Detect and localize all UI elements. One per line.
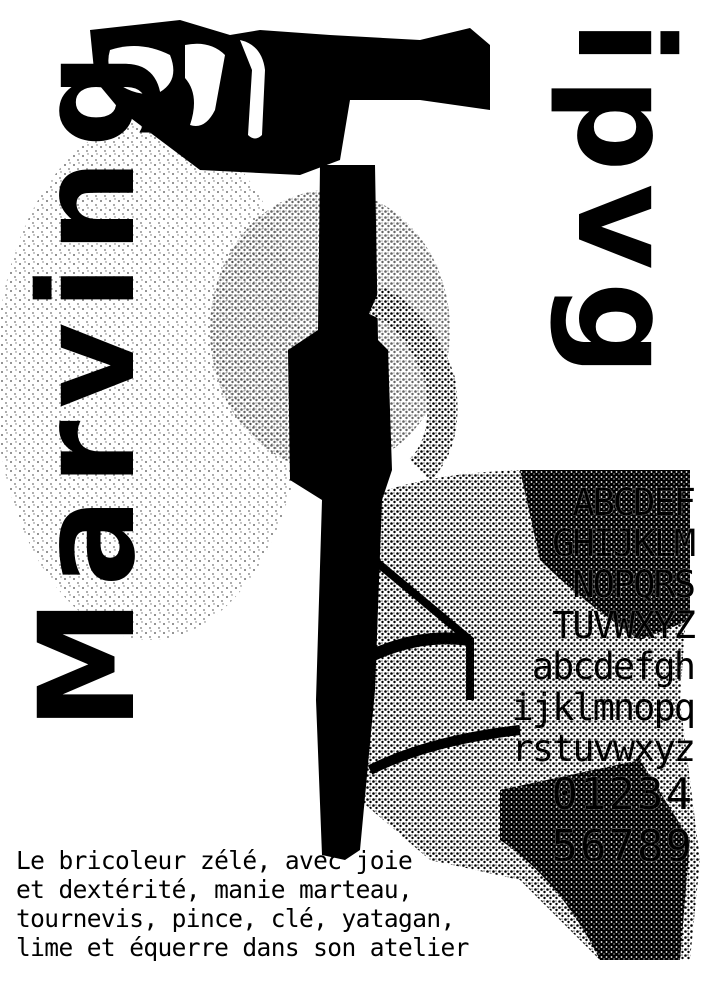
specimen-row-uppercase-3: NOPQRS (472, 564, 694, 605)
specimen-row-lowercase-1: abcdefgh (472, 646, 694, 687)
glyph-specimen: ABCDEF GHIJKLM NOPQRS TUVWXYZ abcdefgh i… (472, 482, 694, 873)
pangram-line-2: et dextérité, manie marteau, (16, 875, 486, 904)
specimen-row-lowercase-3: rstuvwxyz (472, 728, 694, 769)
pangram-text: Le bricoleur zélé, avec joie et dextérit… (16, 846, 486, 962)
display-title-left: Marving (22, 41, 154, 730)
specimen-row-digits-1: 01234 (472, 769, 694, 821)
specimen-row-uppercase-4: TUVWXYZ (472, 605, 694, 646)
specimen-row-uppercase-1: ABCDEF (472, 482, 694, 523)
specimen-row-lowercase-2: ijklmnopq (472, 687, 694, 728)
pangram-line-1: Le bricoleur zélé, avec joie (16, 846, 486, 875)
specimen-row-uppercase-2: GHIJKLM (472, 523, 694, 564)
pangram-line-3: tournevis, pince, clé, yatagan, (16, 904, 486, 933)
pangram-line-4: lime et équerre dans son atelier (16, 933, 486, 962)
specimen-row-digits-2: 56789 (472, 821, 694, 873)
display-title-right: ipvg (558, 20, 690, 388)
type-specimen-poster: Marving ipvg ABCDEF GHIJKLM NOPQRS TUVWX… (0, 0, 702, 994)
